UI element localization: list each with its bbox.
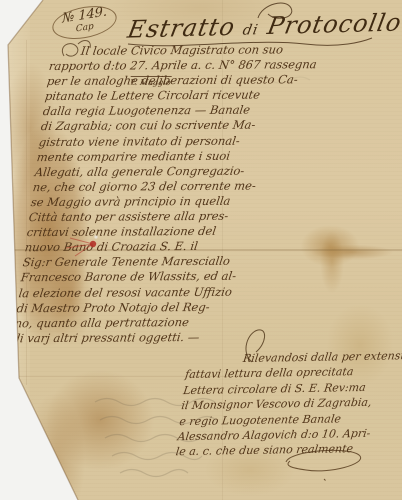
manuscript-line: di Zagrabia; con cui lo scrivente Ma- [40, 118, 294, 135]
manuscript-line: per le analoghe deliberazioni di questo … [46, 72, 300, 89]
manuscript-line: se Maggio avrà principio in quella [30, 193, 284, 210]
manuscript-line: di varj altri pressanti oggetti. — [12, 329, 266, 346]
protocol-number: № 149. Cap [52, 2, 117, 44]
manuscript-line: Sig:r Generale Tenente Maresciallo [22, 254, 276, 271]
manuscript-line: no, quanto alla pertrattazione [14, 314, 268, 331]
manuscript-line: Il locale Civico Magistrato con suo [50, 42, 304, 59]
manuscript-line: mente comparire mediante i suoi [36, 148, 290, 165]
manuscript-line: dalla regia Luogotenenza — Banale [42, 103, 296, 120]
main-paragraph: Il locale Civico Magistrato con suo rapp… [12, 42, 304, 346]
manuscript-line: ne, che col giorno 23 del corrente me- [32, 178, 286, 195]
manuscript-line: gistrato viene invitato di personal- [38, 133, 292, 150]
manuscript-line: di Maestro Proto Notajo del Reg- [16, 299, 270, 316]
paper-sheet: № 149. Cap Estratto di Protocollo Il loc… [0, 0, 402, 500]
manuscript-line: nuovo Bano di Croazia S. E. il [24, 239, 278, 256]
manuscript-line: rapporto d:to 27. Aprile a. c. N° 867 ra… [48, 57, 302, 74]
page-title: Estratto di Protocollo [125, 8, 402, 43]
manuscript-line: pitanato le Lettere Circolari ricevute [44, 88, 298, 105]
manuscript-line: Città tanto per assistere alla pres- [28, 208, 282, 225]
interlinear-date-note: 7. Maggio [129, 76, 171, 87]
manuscript-photo: № 149. Cap Estratto di Protocollo Il loc… [0, 0, 402, 500]
manuscript-line: Allegati, alla generale Congregazio- [34, 163, 288, 180]
manuscript-line: le a. c. che due siano realmente [175, 441, 389, 460]
manuscript-line: la elezione del resosi vacante Uffizio [18, 284, 272, 301]
manuscript-line: crittavi solenne installazione del [26, 224, 280, 241]
second-paragraph: Rilevandosi dalla per extensum fattavi l… [175, 348, 400, 460]
manuscript-line: Francesco Barone de Wlassits, ed al- [20, 269, 274, 286]
